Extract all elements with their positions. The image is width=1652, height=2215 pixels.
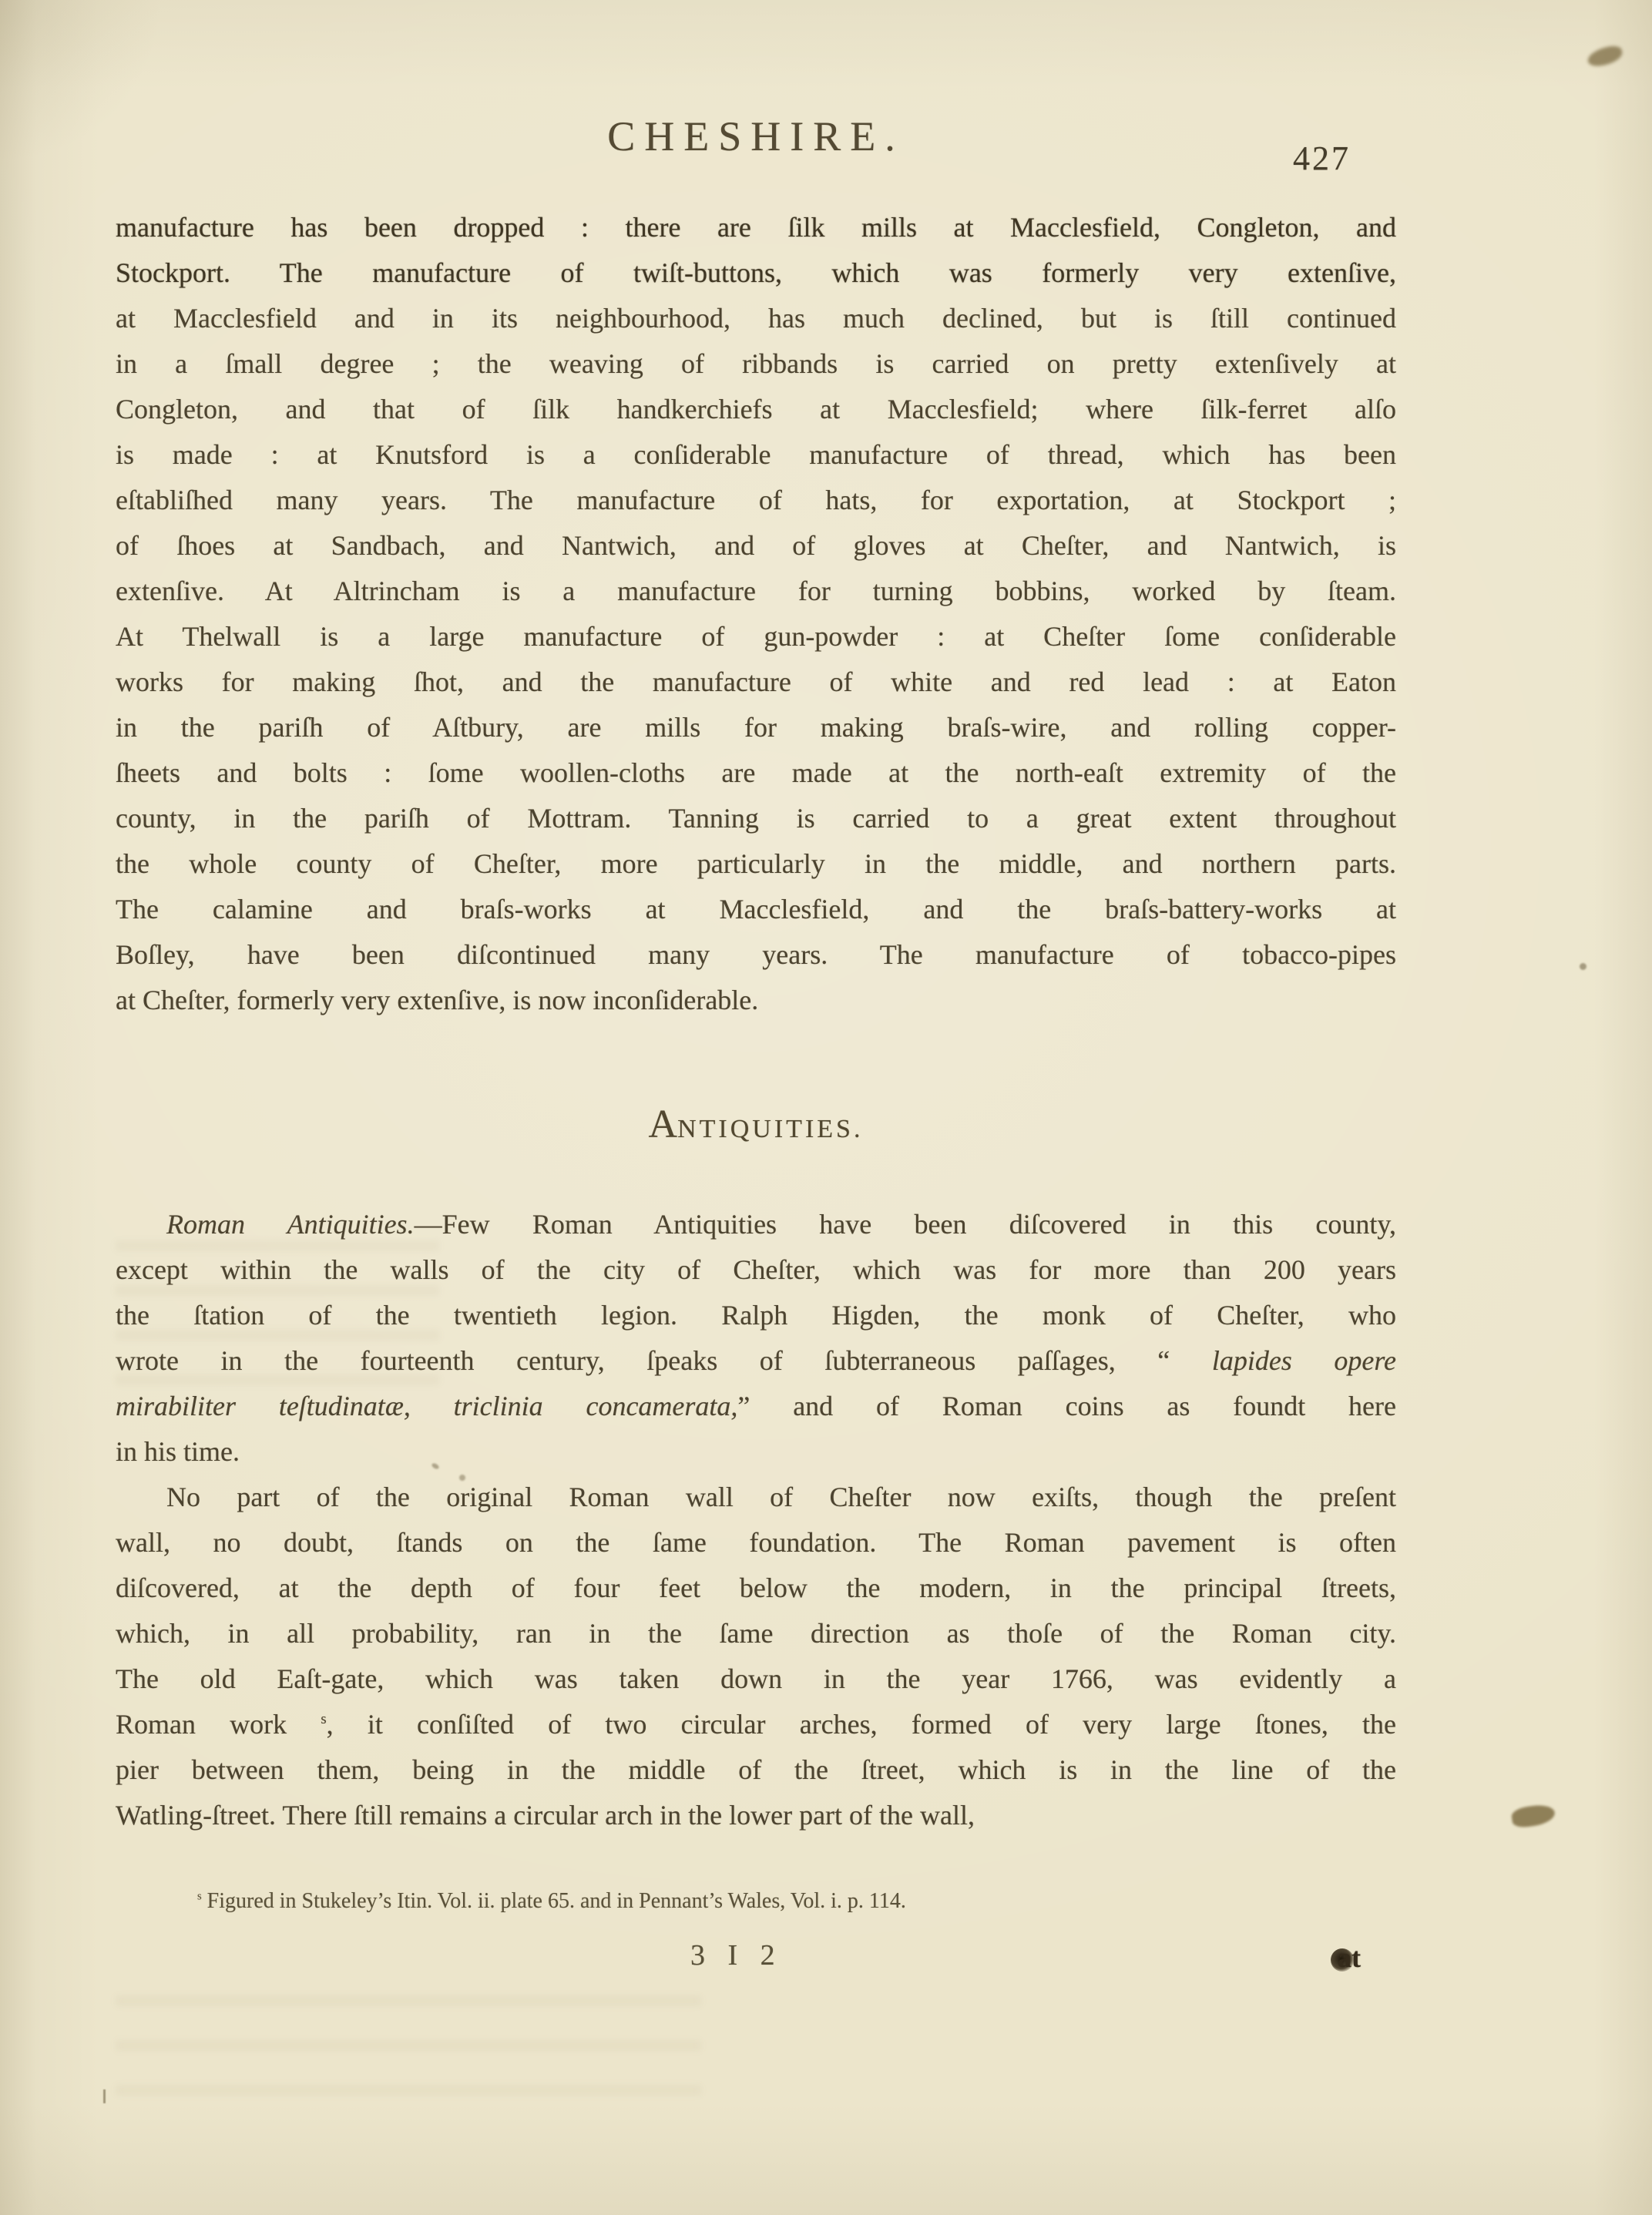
paper-smudge-bottom-right	[1510, 1803, 1556, 1829]
text-line: in the pariſh of Aſtbury, are mills for …	[116, 705, 1396, 750]
text-line: Roman work s, it conſiſted of two circul…	[116, 1702, 1396, 1747]
ink-speck	[459, 1475, 465, 1481]
show-through-text	[116, 1995, 701, 2126]
text-line: is made : at Knutsford is a conſiderable…	[116, 432, 1396, 478]
text-segment: pier between them, being in the middle o…	[116, 1754, 1396, 1785]
text-line: at Cheſter, formerly very extenſive, is …	[116, 978, 1396, 1023]
text-line: manufacture has been dropped : there are…	[116, 205, 1396, 250]
text-segment: Congleton, and that of ſilk handkerchief…	[116, 394, 1396, 425]
text-line: s Figured in Stukeley’s Itin. Vol. ii. p…	[197, 1884, 1276, 1918]
text-segment: wall, no doubt, ſtands on the ſame found…	[116, 1527, 1396, 1558]
text-segment: the whole county of Cheſter, more partic…	[116, 848, 1396, 879]
text-segment: Watling-ſtreet. There ſtill remains a ci…	[116, 1800, 975, 1831]
text-line: which, in all probability, ran in the ſa…	[116, 1611, 1396, 1656]
text-line: the whole county of Cheſter, more partic…	[116, 841, 1396, 887]
paragraph-roman-antiquities: Roman Antiquities.—Few Roman Antiquities…	[116, 1202, 1396, 1838]
text-segment: at Cheſter, formerly very extenſive, is …	[116, 985, 758, 1015]
text-line: mirabiliter teſtudinatæ, triclinia conca…	[116, 1384, 1396, 1429]
italic-text: lapides opere	[1212, 1345, 1396, 1376]
text-line: the ſtation of the twentieth legion. Ral…	[116, 1293, 1396, 1338]
text-segment: —Few Roman Antiquities have been diſcove…	[415, 1209, 1396, 1240]
text-segment: ſheets and bolts : ſome woollen-cloths a…	[116, 757, 1396, 788]
text-segment: county, in the pariſh of Mottram. Tannin…	[116, 803, 1396, 834]
text-segment: The calamine and braſs-works at Macclesf…	[116, 894, 1396, 925]
text-segment: Figured in Stukeley’s Itin. Vol. ii. pla…	[202, 1889, 906, 1913]
text-line: in his time.	[116, 1429, 1396, 1475]
text-segment: eſtabliſhed many years. The manufacture …	[116, 485, 1396, 515]
paper-smudge-top-right	[1586, 44, 1624, 69]
text-segment: , it conſiſted of two circular arches, f…	[327, 1709, 1396, 1740]
text-segment: in a ſmall degree ; the weaving of ribba…	[116, 348, 1396, 379]
text-segment: No part of the original Roman wall of Ch…	[166, 1482, 1396, 1512]
footnote: s Figured in Stukeley’s Itin. Vol. ii. p…	[197, 1884, 1276, 1918]
text-line: of ſhoes at Sandbach, and Nantwich, and …	[116, 523, 1396, 569]
catchword: at	[1338, 1941, 1361, 1974]
text-line: No part of the original Roman wall of Ch…	[116, 1475, 1396, 1520]
text-line: ſheets and bolts : ſome woollen-cloths a…	[116, 750, 1396, 796]
text-line: Congleton, and that of ſilk handkerchief…	[116, 387, 1396, 432]
text-line: Stockport. The manufacture of twiſt-butt…	[116, 250, 1396, 296]
text-segment: at Macclesfield and in its neighbourhood…	[116, 303, 1396, 334]
footnote-marker: s	[321, 1711, 326, 1727]
text-segment: wrote in the fourteenth century, ſpeaks …	[116, 1345, 1212, 1376]
paragraph-manufactures: manufacture has been dropped : there are…	[116, 205, 1396, 1023]
text-segment: Stockport. The manufacture of twiſt-butt…	[116, 257, 1396, 288]
paper-mark-bottom-left	[103, 2089, 106, 2103]
text-line: except within the walls of the city of C…	[116, 1247, 1396, 1293]
text-segment: manufacture has been dropped : there are…	[116, 212, 1396, 243]
text-line: works for making ſhot, and the manufactu…	[116, 659, 1396, 705]
section-heading-antiquities: ANTIQUITIES.	[116, 1102, 1396, 1147]
section-heading-rest: NTIQUITIES.	[677, 1115, 863, 1143]
italic-text: mirabiliter teſtudinatæ, triclinia conca…	[116, 1391, 737, 1421]
text-segment: ” and of Roman coins as foundt here	[737, 1391, 1396, 1421]
text-segment: diſcovered, at the depth of four feet be…	[116, 1572, 1396, 1603]
text-line: Watling-ſtreet. There ſtill remains a ci…	[116, 1793, 1396, 1838]
text-line: diſcovered, at the depth of four feet be…	[116, 1566, 1396, 1611]
italic-text: Roman Antiquities.	[166, 1209, 415, 1240]
text-segment: except within the walls of the city of C…	[116, 1254, 1396, 1285]
text-segment: Roman work	[116, 1709, 321, 1740]
text-segment: Boſley, have been diſcontinued many year…	[116, 939, 1396, 970]
signature-mark: 3 I 2	[690, 1938, 783, 1972]
text-segment: The old Eaſt-gate, which was taken down …	[116, 1663, 1396, 1694]
text-segment: works for making ſhot, and the manufactu…	[116, 666, 1396, 697]
text-segment: is made : at Knutsford is a conſiderable…	[116, 439, 1396, 470]
text-line: At Thelwall is a large manufacture of gu…	[116, 614, 1396, 659]
text-line: wrote in the fourteenth century, ſpeaks …	[116, 1338, 1396, 1384]
text-line: Roman Antiquities.—Few Roman Antiquities…	[116, 1202, 1396, 1247]
section-heading-initial: A	[649, 1102, 678, 1146]
text-segment: of ſhoes at Sandbach, and Nantwich, and …	[116, 530, 1396, 561]
text-segment: the ſtation of the twentieth legion. Ral…	[116, 1300, 1396, 1331]
text-line: pier between them, being in the middle o…	[116, 1747, 1396, 1793]
text-segment: extenſive. At Altrincham is a manufactur…	[116, 576, 1396, 606]
text-line: in a ſmall degree ; the weaving of ribba…	[116, 341, 1396, 387]
text-line: eſtabliſhed many years. The manufacture …	[116, 478, 1396, 523]
text-line: The old Eaſt-gate, which was taken down …	[116, 1656, 1396, 1702]
text-line: at Macclesfield and in its neighbourhood…	[116, 296, 1396, 341]
text-segment: in the pariſh of Aſtbury, are mills for …	[116, 712, 1396, 743]
text-line: extenſive. At Altrincham is a manufactur…	[116, 569, 1396, 614]
text-segment: At Thelwall is a large manufacture of gu…	[116, 621, 1396, 652]
paper-speck-right	[1580, 963, 1587, 970]
text-line: county, in the pariſh of Mottram. Tannin…	[116, 796, 1396, 841]
text-line: wall, no doubt, ſtands on the ſame found…	[116, 1520, 1396, 1566]
text-segment: which, in all probability, ran in the ſa…	[116, 1618, 1396, 1649]
page-number: 427	[1293, 139, 1385, 178]
book-page-scan: CHESHIRE. 427 manufacture has been dropp…	[0, 0, 1652, 2215]
running-header-title: CHESHIRE.	[116, 112, 1396, 160]
text-line: The calamine and braſs-works at Macclesf…	[116, 887, 1396, 932]
text-segment: in his time.	[116, 1436, 240, 1467]
text-line: Boſley, have been diſcontinued many year…	[116, 932, 1396, 978]
